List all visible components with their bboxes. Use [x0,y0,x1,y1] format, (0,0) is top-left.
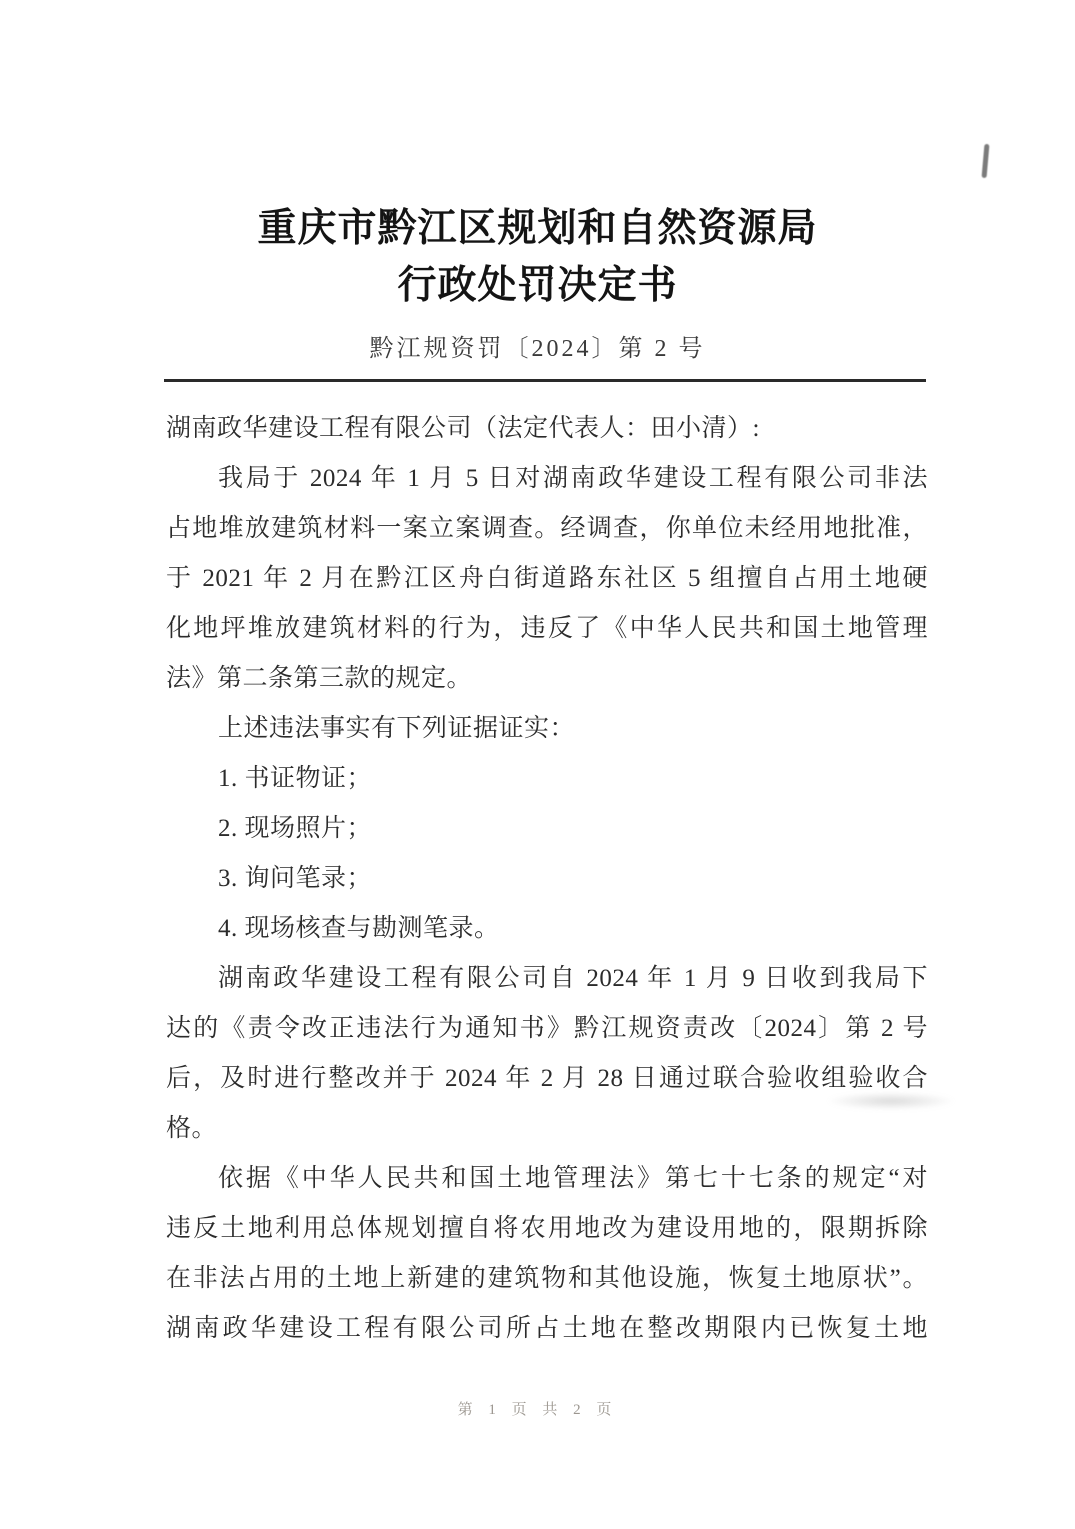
body-line: 法》第二条第三款的规定。 [166,654,928,704]
document-body: 湖南政华建设工程有限公司（法定代表人：田小清）: 我局于 2024 年 1 月 … [166,404,928,1354]
header-divider-rule [164,379,926,382]
scan-artifact-mark [982,144,990,178]
body-line: 在非法占用的土地上新建的建筑物和其他设施，恢复土地原状”。 [166,1254,928,1304]
body-line: 化地坪堆放建筑材料的行为，违反了《中华人民共和国土地管理 [166,604,928,654]
document-header: 重庆市黔江区规划和自然资源局 行政处罚决定书 黔江规资罚〔2024〕第 2 号 [0,200,1075,363]
evidence-item: 3. 询问笔录； [166,854,928,904]
body-line: 湖南政华建设工程有限公司（法定代表人：田小清）: [166,404,928,454]
evidence-item: 1. 书证物证； [166,754,928,804]
body-line: 我局于 2024 年 1 月 5 日对湖南政华建设工程有限公司非法 [166,454,928,504]
body-line: 违反土地利用总体规划擅自将农用地改为建设用地的，限期拆除 [166,1204,928,1254]
body-line: 占地堆放建筑材料一案立案调查。经调查，你单位未经用地批准， [166,504,928,554]
page-footer: 第 1 页 共 2 页 [0,1398,1075,1419]
body-line: 达的《责令改正违法行为通知书》黔江规资责改〔2024〕第 2 号 [166,1004,928,1054]
document-title-line1: 重庆市黔江区规划和自然资源局 [0,200,1075,257]
body-line: 于 2021 年 2 月在黔江区舟白街道路东社区 5 组擅自占用土地硬 [166,554,928,604]
body-line: 湖南政华建设工程有限公司所占土地在整改期限内已恢复土地 [166,1304,928,1354]
body-line: 依据《中华人民共和国土地管理法》第七十七条的规定“对 [166,1154,928,1204]
scanned-document-page: 重庆市黔江区规划和自然资源局 行政处罚决定书 黔江规资罚〔2024〕第 2 号 … [0,0,1075,1529]
document-number: 黔江规资罚〔2024〕第 2 号 [0,328,1075,363]
scan-smudge [826,1092,956,1110]
body-line: 上述违法事实有下列证据证实： [166,704,928,754]
evidence-item: 4. 现场核查与勘测笔录。 [166,904,928,954]
body-line: 后，及时进行整改并于 2024 年 2 月 28 日通过联合验收组验收合 [166,1054,928,1104]
evidence-item: 2. 现场照片； [166,804,928,854]
body-line: 格。 [166,1104,928,1154]
document-title-line2: 行政处罚决定书 [0,257,1075,314]
body-line: 湖南政华建设工程有限公司自 2024 年 1 月 9 日收到我局下 [166,954,928,1004]
